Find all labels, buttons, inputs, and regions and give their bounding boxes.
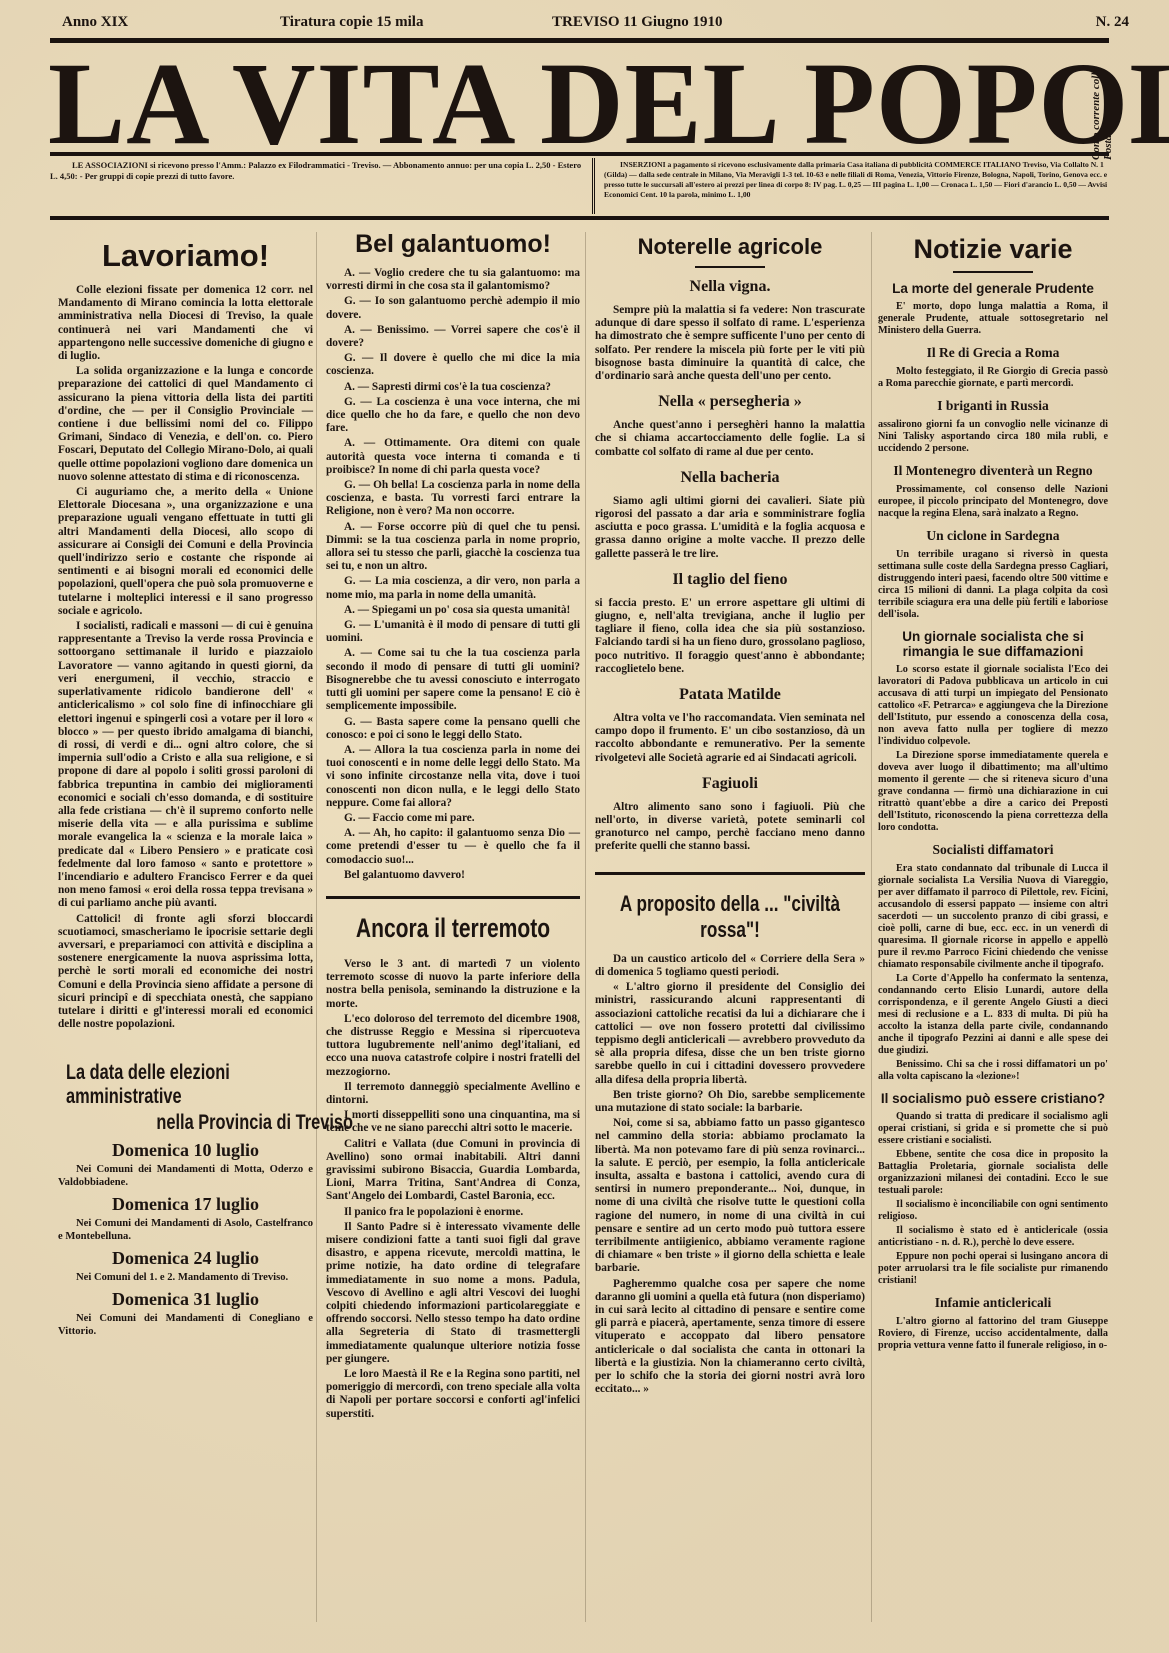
article-title: Bel galantuomo! — [326, 230, 580, 259]
paragraph: Nei Comuni del 1. e 2. Mandamento di Tre… — [58, 1272, 313, 1284]
paragraph: A. — Voglio credere che tu sia galantuom… — [326, 267, 580, 293]
paragraph: « L'altro giorno il presidente del Consi… — [595, 981, 865, 1087]
article-title: Noterelle agricole — [595, 234, 865, 260]
paragraph: Quando si tratta di predicare il sociali… — [878, 1111, 1108, 1147]
paragraph: G. — Oh bella! La coscienza parla in nom… — [326, 479, 580, 519]
article-body: Colle elezioni fissate per domenica 12 c… — [58, 284, 313, 1031]
paragraph: Nei Comuni dei Mandamenti di Conegliano … — [58, 1313, 313, 1338]
info-separator — [592, 158, 595, 214]
section-rule — [326, 896, 580, 899]
volume-year: Anno XIX — [62, 14, 128, 31]
election-date: Domenica 31 luglio — [58, 1289, 313, 1310]
paragraph: Anche quest'anno i perseghèri hanno la m… — [595, 419, 865, 459]
dateline: Anno XIX Tiratura copie 15 mila TREVISO … — [62, 14, 1129, 36]
paragraph: La Corte d'Appello ha confermato la sent… — [878, 973, 1108, 1057]
paragraph: Prossimamente, col consenso delle Nazion… — [878, 484, 1108, 520]
section-heading: Nella vigna. — [595, 278, 865, 296]
paragraph: Altra volta ve l'ho raccomandata. Vien s… — [595, 712, 865, 765]
column-divider — [316, 232, 317, 1622]
paragraph: A. — Sapresti dirmi cos'è la tua coscien… — [326, 381, 580, 394]
subscription-info: LE ASSOCIAZIONI si ricevono presso l'Amm… — [50, 160, 582, 182]
section-heading: Nella bacheria — [595, 469, 865, 487]
terremoto-body: Verso le 3 ant. di martedì 7 un violento… — [326, 958, 580, 1421]
paragraph: Nei Comuni dei Mandamenti di Motta, Oder… — [58, 1164, 313, 1189]
news-heading: Il Re di Grecia a Roma — [878, 345, 1108, 361]
box-title-line1: La data delle elezioni amministrative — [66, 1061, 323, 1109]
article-title-civilta: A proposito della ... "civiltà rossa"! — [601, 891, 858, 943]
section-heading: Patata Matilde — [595, 686, 865, 704]
section-rule — [595, 872, 865, 875]
election-date: Domenica 24 luglio — [58, 1248, 313, 1269]
issue-number: N. 24 — [1096, 14, 1129, 31]
paragraph: A. — Forse occorre più di quel che tu pe… — [326, 521, 580, 574]
newspaper-page: Anno XIX Tiratura copie 15 mila TREVISO … — [0, 0, 1169, 1653]
paragraph: Il panico fra le popolazioni è enorme. — [326, 1206, 580, 1219]
paragraph: Verso le 3 ant. di martedì 7 un violento… — [326, 958, 580, 1011]
article-lavoriamo: Lavoriamo! Colle elezioni fissate per do… — [58, 230, 313, 1342]
paragraph: Il socialismo è stato ed è anticlericale… — [878, 1225, 1108, 1249]
news-heading: La morte del generale Prudente — [878, 281, 1108, 296]
news-heading: I briganti in Russia — [878, 398, 1108, 414]
masthead-rule — [50, 152, 1109, 156]
paragraph: assalirono giorni fa un convoglio nelle … — [878, 419, 1108, 455]
civilta-body: Da un caustico articolo del « Corriere d… — [595, 953, 865, 1397]
news-heading: Infamie anticlericali — [878, 1295, 1108, 1311]
paragraph: Cattolici! di fronte agli sforzi bloccar… — [58, 913, 313, 1032]
news-items: La morte del generale PrudenteE' morto, … — [878, 281, 1108, 1352]
election-dates-box: La data delle elezioni amministrative ne… — [58, 1061, 313, 1338]
paragraph: Eppure non pochi operai si lusingano anc… — [878, 1251, 1108, 1287]
news-heading: Socialisti diffamatori — [878, 842, 1108, 858]
section-heading: Fagiuoli — [595, 775, 865, 793]
paragraph: Nei Comuni dei Mandamenti di Asolo, Cast… — [58, 1218, 313, 1243]
paragraph: si faccia presto. E' un errore aspettare… — [595, 597, 865, 676]
paragraph: G. — La mia coscienza, a dir vero, non p… — [326, 575, 580, 601]
paragraph: Ebbene, sentite che cosa dice in proposi… — [878, 1149, 1108, 1197]
paragraph: Benissimo. Chi sa che i rossi diffamator… — [878, 1059, 1108, 1083]
election-date: Domenica 17 luglio — [58, 1194, 313, 1215]
agri-sections: Nella vigna.Sempre più la malattia si fa… — [595, 278, 865, 854]
advertising-info: INSERZIONI a pagamento si ricevono esclu… — [604, 160, 1109, 200]
paragraph: G. — Faccio come mi pare. — [326, 812, 580, 825]
paragraph: Bel galantuomo davvero! — [326, 869, 580, 882]
paragraph: A. — Allora la tua coscienza parla in no… — [326, 744, 580, 810]
title-underline — [953, 271, 1033, 273]
paragraph: G. — L'umanità è il modo di pensare di t… — [326, 619, 580, 645]
paragraph: L'altro giorno al fattorino del tram Giu… — [878, 1316, 1108, 1352]
paragraph: Sempre più la malattia si fa vedere: Non… — [595, 304, 865, 383]
circulation: Tiratura copie 15 mila — [280, 14, 423, 31]
paragraph: Le loro Maestà il Re e la Regina sono pa… — [326, 1368, 580, 1421]
paragraph: A. — Spiegami un po' cosa sia questa uma… — [326, 604, 580, 617]
paragraph: A. — Benissimo. — Vorrei sapere che cos'… — [326, 324, 580, 350]
news-heading: Un ciclone in Sardegna — [878, 528, 1108, 544]
paragraph: Colle elezioni fissate per domenica 12 c… — [58, 284, 313, 363]
paragraph: G. — Io son galantuomo perchè adempio il… — [326, 295, 580, 321]
paragraph: La Direzione sporse immediatamente quere… — [878, 750, 1108, 834]
paragraph: G. — La coscienza è una voce interna, ch… — [326, 396, 580, 436]
paragraph: Il Santo Padre si è interessato vivament… — [326, 1221, 580, 1366]
paragraph: Ci auguriamo che, a merito della « Union… — [58, 486, 313, 618]
article-title: Lavoriamo! — [58, 238, 313, 274]
article-title-terremoto: Ancora il terremoto — [331, 913, 576, 944]
article-notizie-varie: Notizie varie La morte del generale Prud… — [878, 230, 1108, 1352]
paragraph: Calitri e Vallata (due Comuni in provinc… — [326, 1138, 580, 1204]
paragraph: A. — Ottimamente. Ora ditemi con quale a… — [326, 437, 580, 477]
paragraph: I socialisti, radicali e massoni — di cu… — [58, 620, 313, 910]
paragraph: A. — Come sai tu che la tua coscienza pa… — [326, 647, 580, 713]
title-underline — [695, 266, 765, 268]
postal-note: Conto corrente colla Posta — [1090, 60, 1106, 160]
paragraph: Ben triste giorno? Oh Dio, sarebbe sempl… — [595, 1089, 865, 1115]
section-heading: Nella « persegheria » — [595, 393, 865, 411]
paragraph: E' morto, dopo lunga malattia a Roma, il… — [878, 301, 1108, 337]
election-date: Domenica 10 luglio — [58, 1140, 313, 1161]
paragraph: La solida organizzazione e la lunga e co… — [58, 365, 313, 484]
paragraph: Molto festeggiato, il Re Giorgio di Grec… — [878, 366, 1108, 390]
paragraph: Altro alimento sano sono i fagiuoli. Più… — [595, 801, 865, 854]
paragraph: Lo scorso estate il giornale socialista … — [878, 664, 1108, 748]
news-heading: Il socialismo può essere cristiano? — [878, 1091, 1108, 1106]
paragraph: G. — Il dovere è quello che mi dice la m… — [326, 352, 580, 378]
news-heading: Il Montenegro diventerà un Regno — [878, 463, 1108, 479]
paragraph: Pagheremmo qualche cosa per sapere che n… — [595, 1278, 865, 1397]
column-divider — [585, 232, 586, 1622]
masthead-title: LA VITA DEL POPOLO — [48, 48, 1067, 160]
paragraph: Siamo agli ultimi giorni dei cavalieri. … — [595, 495, 865, 561]
box-title-line2: nella Provincia di Treviso — [123, 1111, 353, 1135]
paragraph: G. — Basta sapere come la pensano quelli… — [326, 716, 580, 742]
paragraph: Un terribile uragano si riversò in quest… — [878, 549, 1108, 621]
dialogue-body: A. — Voglio credere che tu sia galantuom… — [326, 267, 580, 882]
news-heading: Un giornale socialista che si rimangia l… — [878, 629, 1108, 659]
paragraph: A. — Ah, ho capito: il galantuomo senza … — [326, 827, 580, 867]
paragraph: Da un caustico articolo del « Corriere d… — [595, 953, 865, 979]
paragraph: Noi, come si sa, abbiamo fatto un passo … — [595, 1117, 865, 1275]
article-noterelle-agricole: Noterelle agricole Nella vigna.Sempre pi… — [595, 230, 865, 1396]
paragraph: L'eco doloroso del terremoto del dicembr… — [326, 1013, 580, 1079]
article-bel-galantuomo: Bel galantuomo! A. — Voglio credere che … — [326, 230, 580, 1421]
column-divider — [871, 232, 872, 1622]
paragraph: I morti disseppelliti sono una cinquanti… — [326, 1109, 580, 1135]
paragraph: Era stato condannato dal tribunale di Lu… — [878, 863, 1108, 971]
election-dates-list: Domenica 10 luglioNei Comuni dei Mandame… — [58, 1140, 313, 1338]
paragraph: Il terremoto danneggiò specialmente Avel… — [326, 1081, 580, 1107]
section-heading: Il taglio del fieno — [595, 571, 865, 589]
header-bottom-rule — [50, 216, 1109, 220]
article-title: Notizie varie — [878, 234, 1108, 265]
place-date: TREVISO 11 Giugno 1910 — [552, 14, 722, 31]
paragraph: Il socialismo è inconciliabile con ogni … — [878, 1199, 1108, 1223]
